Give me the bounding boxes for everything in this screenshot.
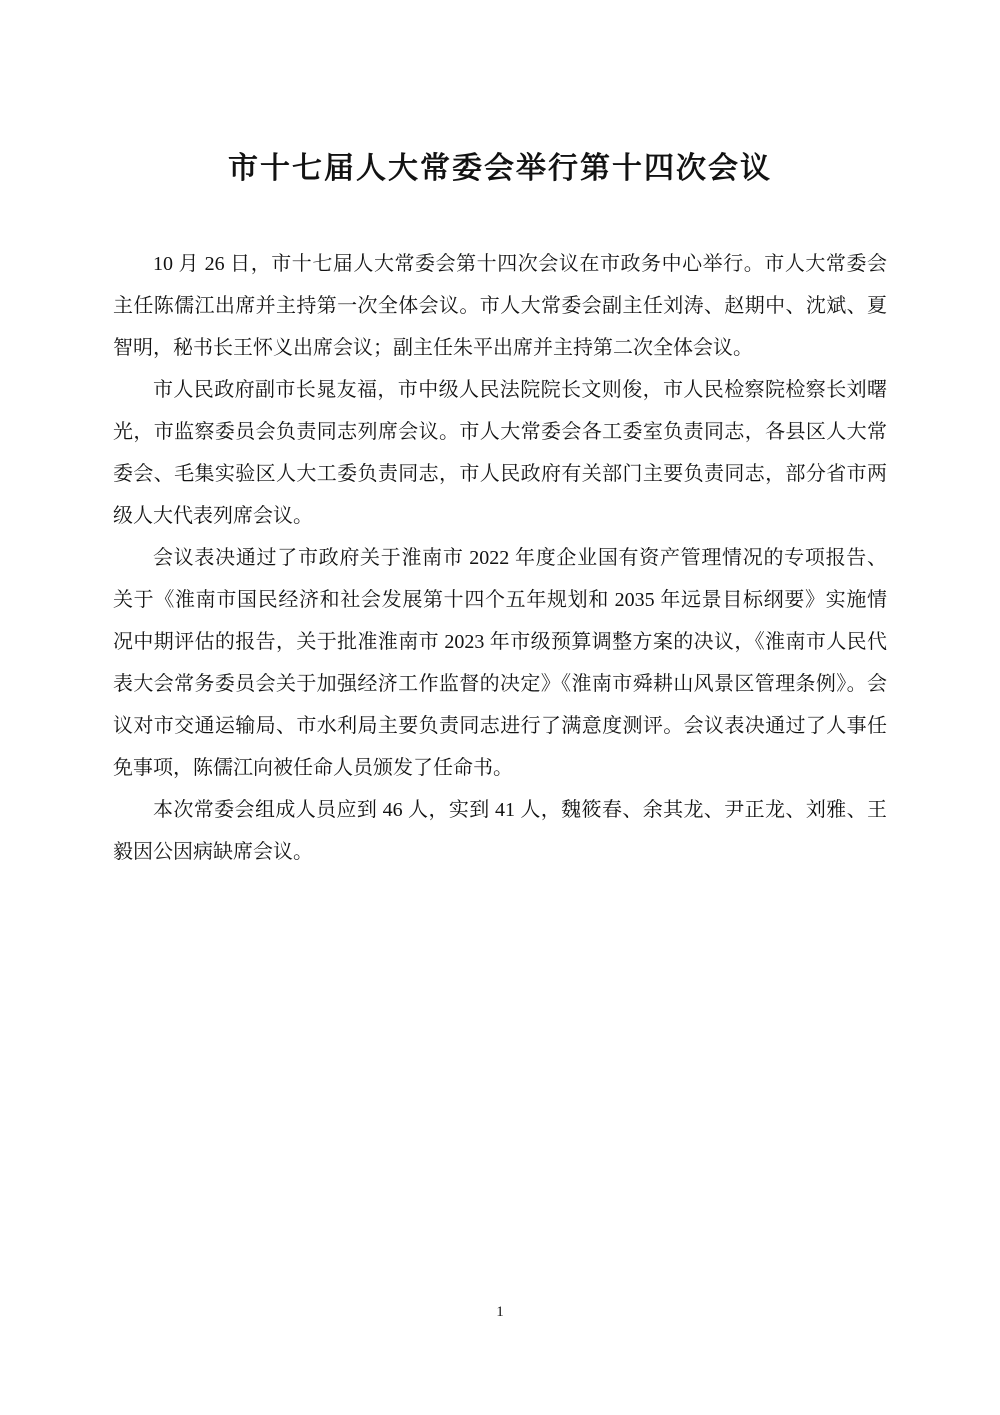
document-page: 市十七届人大常委会举行第十四次会议 10 月 26 日，市十七届人大常委会第十四… xyxy=(0,0,1000,1415)
text-line: 会议表决通过了市政府关于淮南市 2022 年度企业国有资产管理情况的专项报告、 xyxy=(113,537,887,579)
text-line: 主任陈儒江出席并主持第一次全体会议。市人大常委会副主任刘涛、赵期中、沈斌、夏 xyxy=(113,285,887,327)
text-line: 委会、毛集实验区人大工委负责同志，市人民政府有关部门主要负责同志，部分省市两 xyxy=(113,453,887,495)
text-line: 关于《淮南市国民经济和社会发展第十四个五年规划和 2035 年远景目标纲要》实施… xyxy=(113,579,887,621)
document-body: 10 月 26 日，市十七届人大常委会第十四次会议在市政务中心举行。市人大常委会… xyxy=(113,243,887,873)
text-line: 况中期评估的报告，关于批准淮南市 2023 年市级预算调整方案的决议，《淮南市人… xyxy=(113,621,887,663)
text-line: 表大会常务委员会关于加强经济工作监督的决定》《淮南市舜耕山风景区管理条例》。会 xyxy=(113,663,887,705)
page-number: 1 xyxy=(0,1304,1000,1321)
text-line: 级人大代表列席会议。 xyxy=(113,495,887,537)
text-line: 本次常委会组成人员应到 46 人，实到 41 人，魏筱春、余其龙、尹正龙、刘雅、… xyxy=(113,789,887,831)
text-line: 光，市监察委员会负责同志列席会议。市人大常委会各工委室负责同志，各县区人大常 xyxy=(113,411,887,453)
text-line: 议对市交通运输局、市水利局主要负责同志进行了满意度测评。会议表决通过了人事任 xyxy=(113,705,887,747)
text-line: 市人民政府副市长晁友福，市中级人民法院院长文则俊，市人民检察院检察长刘曙 xyxy=(113,369,887,411)
text-line: 10 月 26 日，市十七届人大常委会第十四次会议在市政务中心举行。市人大常委会 xyxy=(113,243,887,285)
text-line: 免事项，陈儒江向被任命人员颁发了任命书。 xyxy=(113,747,887,789)
text-line: 毅因公因病缺席会议。 xyxy=(113,831,887,873)
text-line: 智明，秘书长王怀义出席会议；副主任朱平出席并主持第二次全体会议。 xyxy=(113,327,887,369)
document-title: 市十七届人大常委会举行第十四次会议 xyxy=(0,0,1000,188)
